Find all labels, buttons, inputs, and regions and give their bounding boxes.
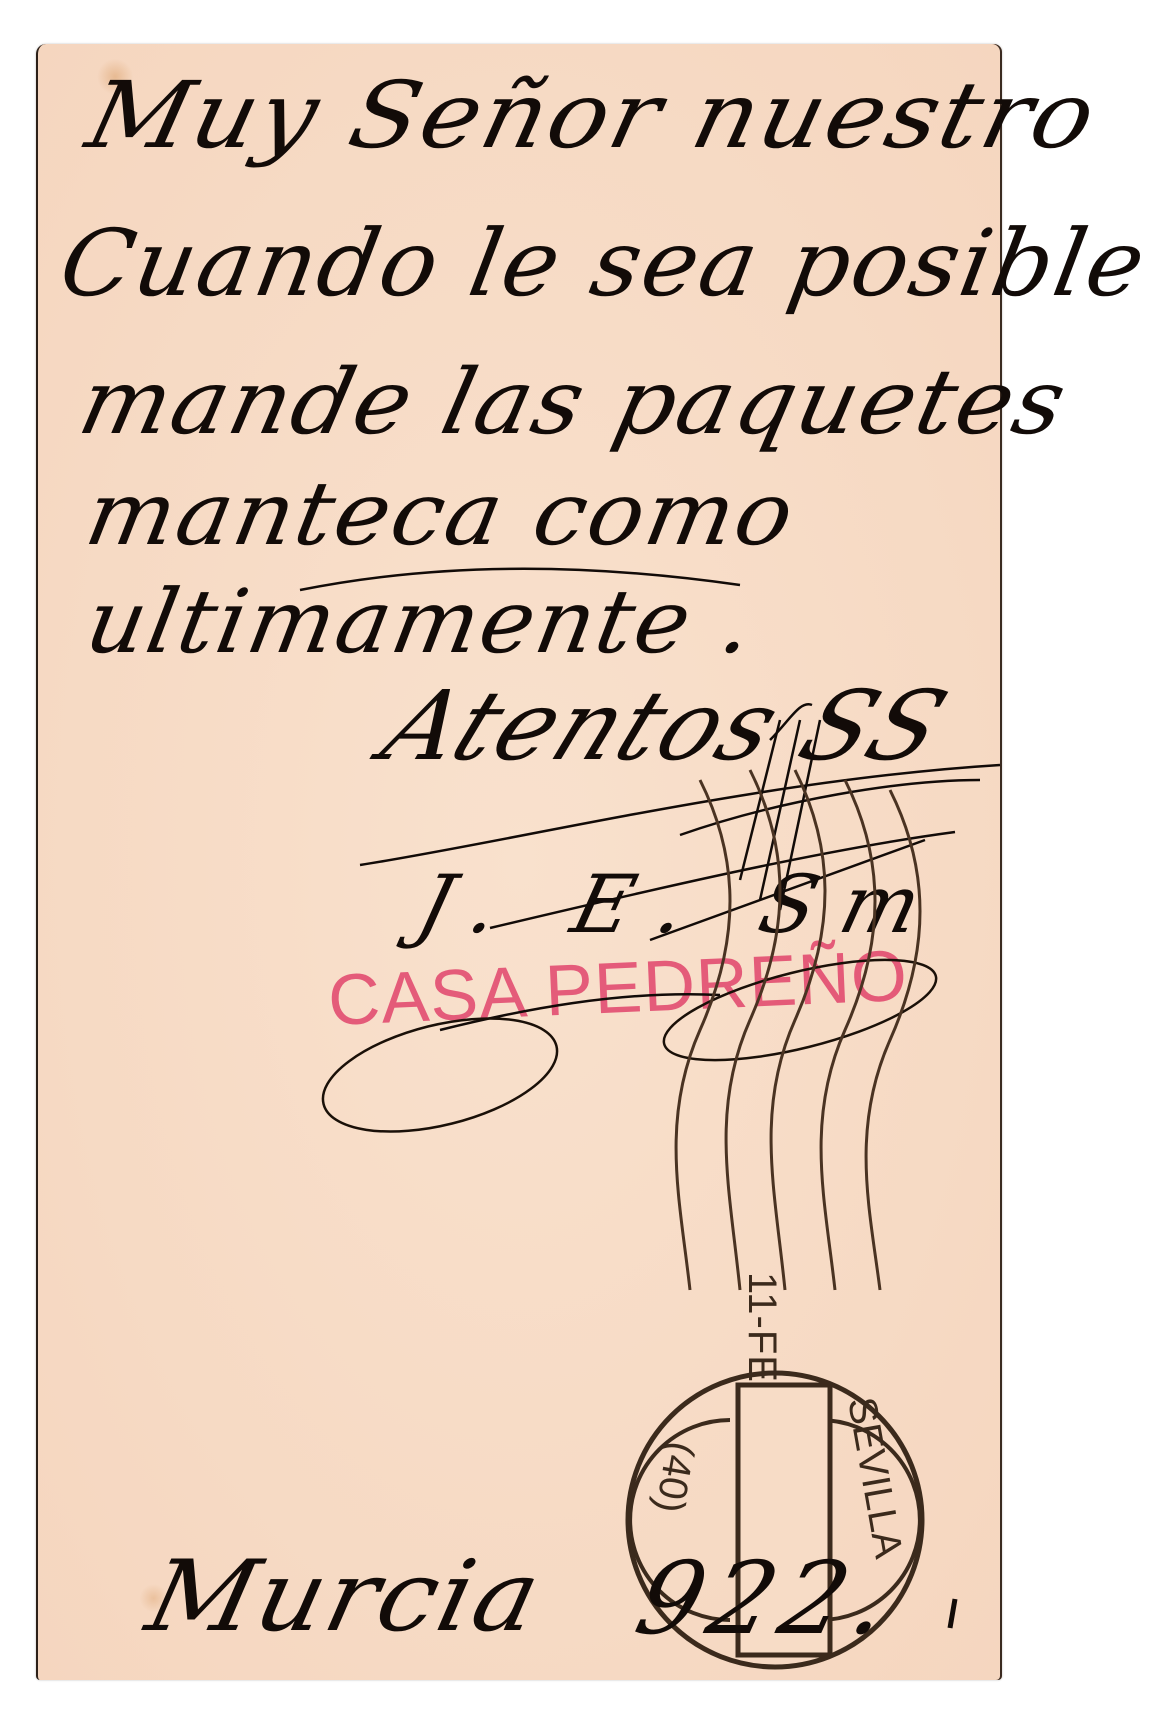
handwritten-closing: Atentos SS (367, 670, 963, 782)
handwritten-line: manteca como (78, 462, 803, 565)
handwritten-line: mande las paquetes (70, 350, 1076, 455)
handwritten-place: Murcia (137, 1540, 552, 1654)
handwritten-line: ultimamente . (79, 570, 763, 673)
handwritten-year: 922. (625, 1540, 909, 1657)
handwritten-line: Cuando le sea posible (52, 210, 1152, 317)
postmark-date: 11-FEB-22 (739, 1272, 784, 1471)
handwritten-salutation: Muy Señor nuestro (78, 62, 1108, 169)
